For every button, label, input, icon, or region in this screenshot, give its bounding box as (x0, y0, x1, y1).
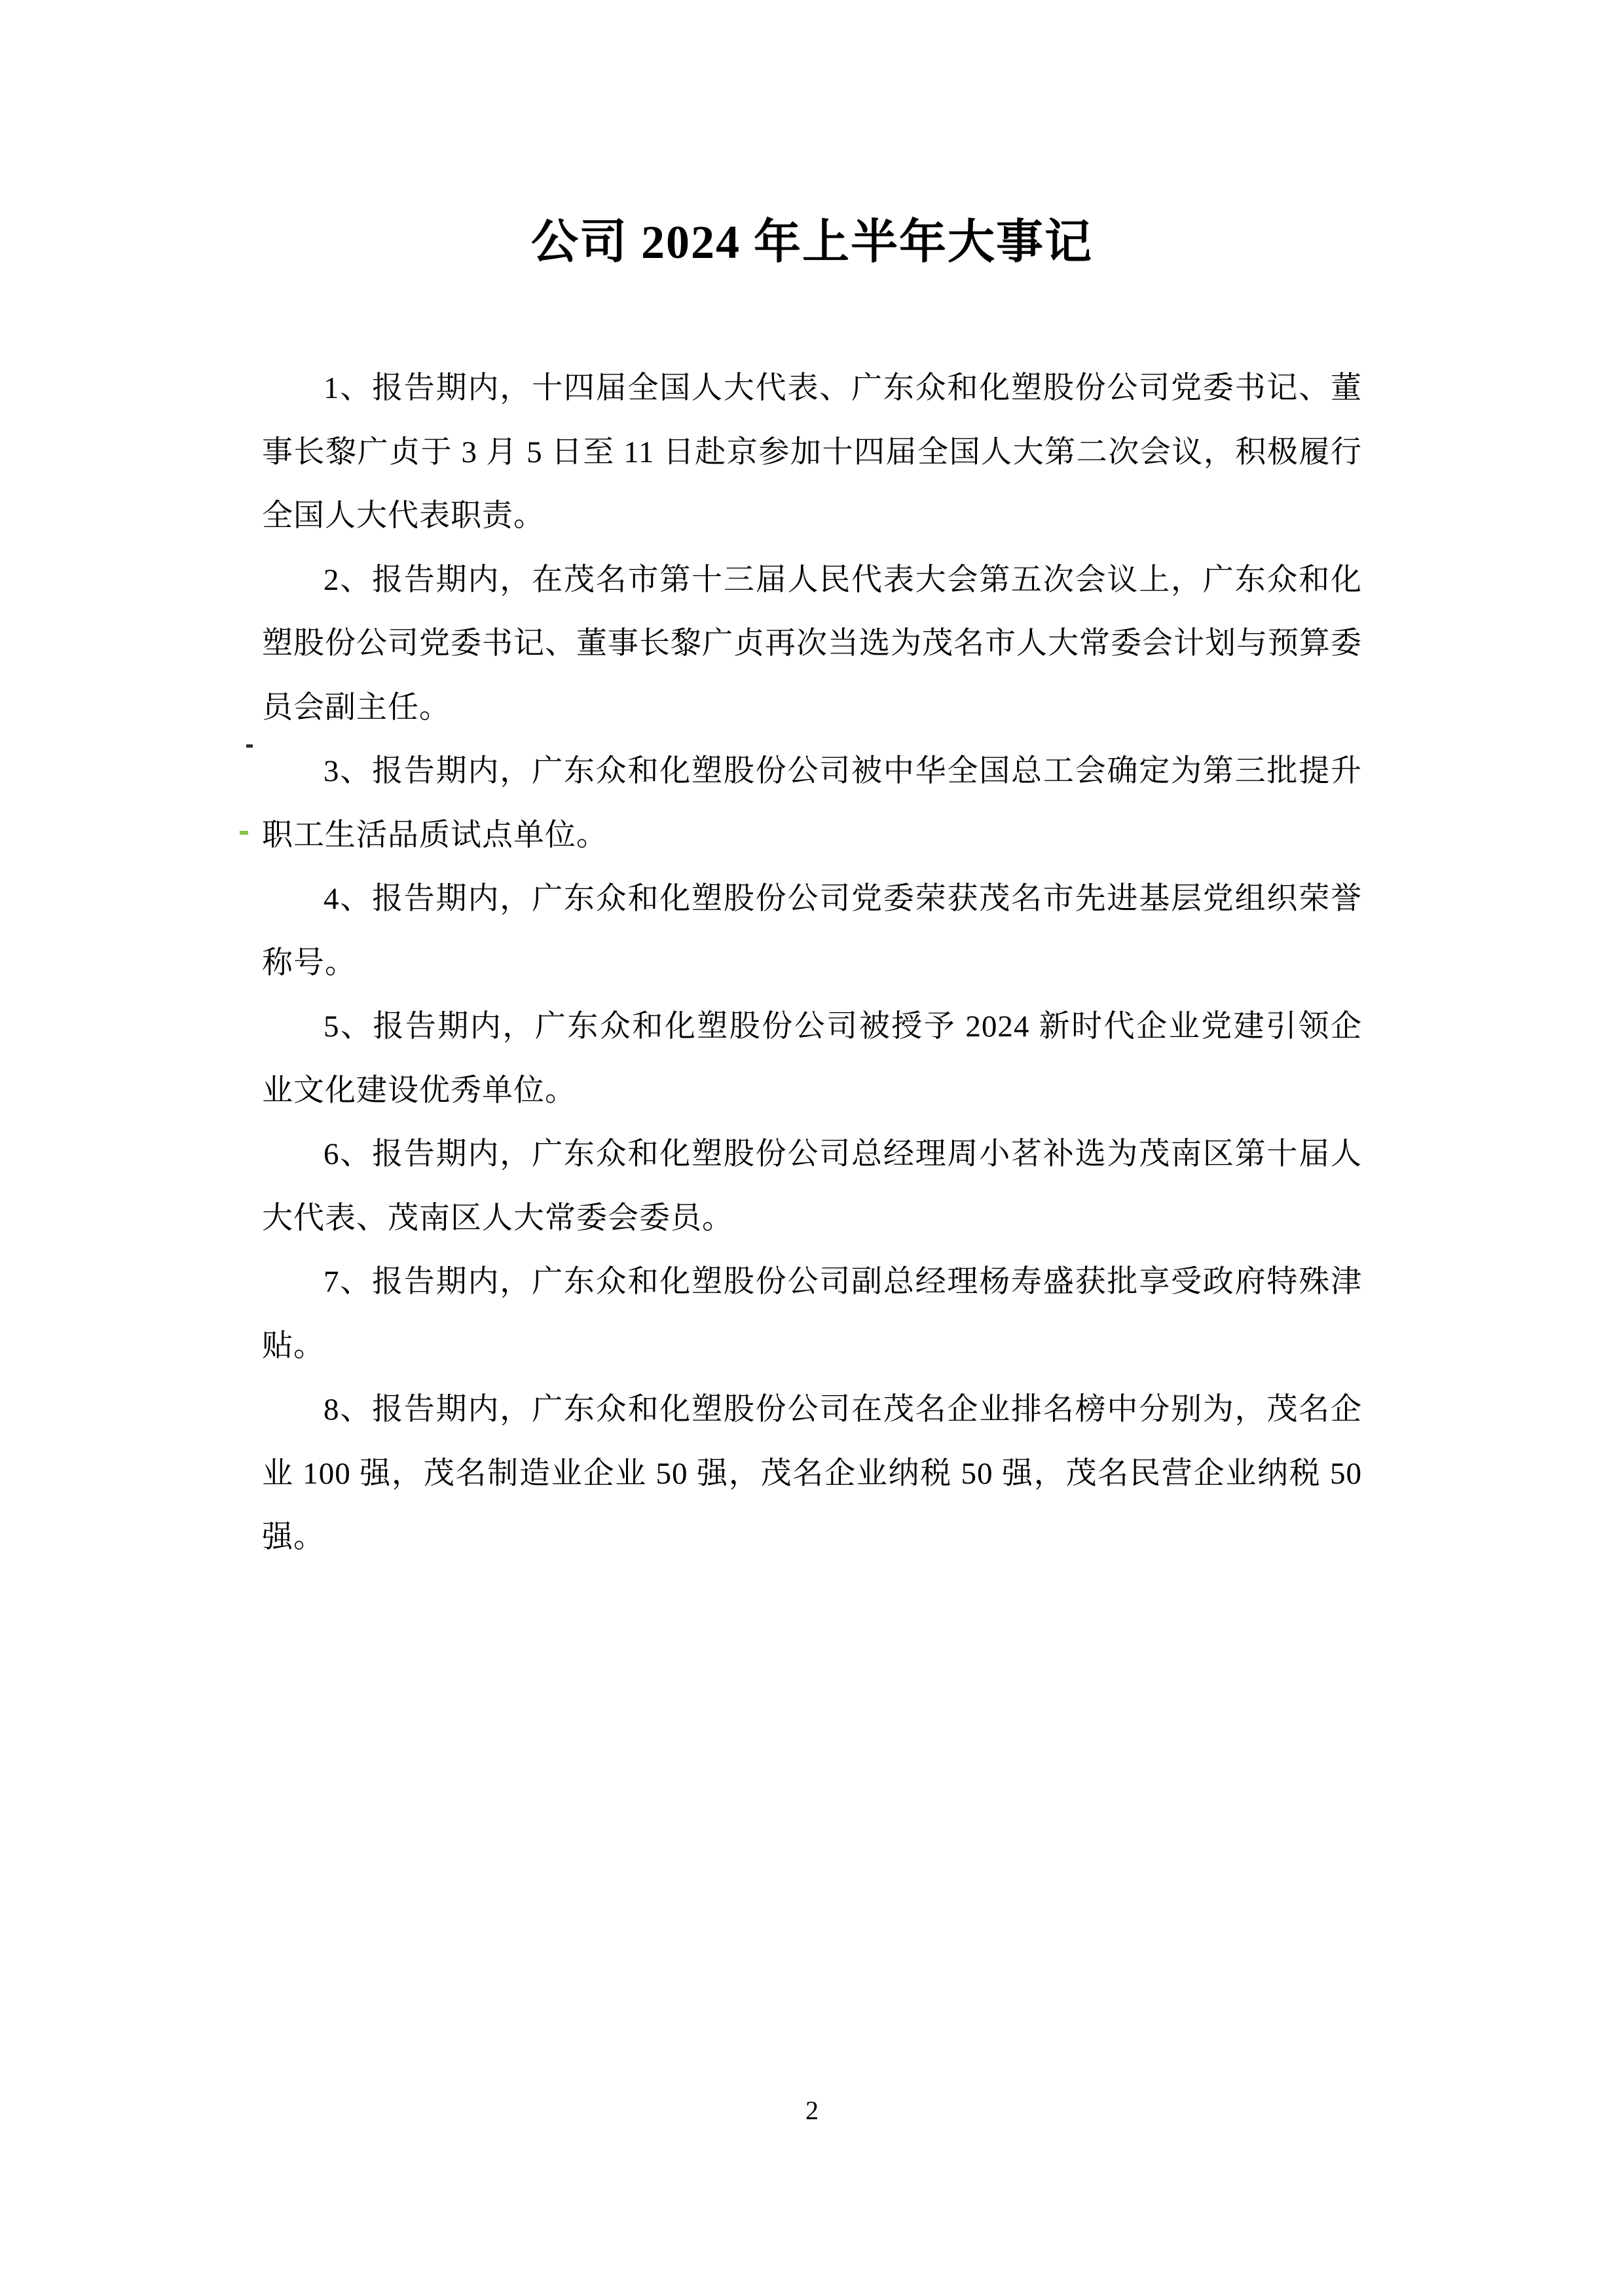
revision-mark-icon (246, 744, 253, 748)
body-paragraph-4: 4、报告期内，广东众和化塑股份公司党委荣获茂名市先进基层党组织荣誉称号。 (262, 867, 1362, 995)
body-paragraph-1: 1、报告期内，十四届全国人大代表、广东众和化塑股份公司党委书记、董事长黎广贞于 … (262, 357, 1362, 549)
spellcheck-mark-icon (240, 831, 248, 835)
body-paragraph-7: 7、报告期内，广东众和化塑股份公司副总经理杨寿盛获批享受政府特殊津贴。 (262, 1250, 1362, 1378)
document-page: 公司 2024 年上半年大事记 1、报告期内，十四届全国人大代表、广东众和化塑股… (0, 0, 1624, 2296)
document-title: 公司 2024 年上半年大事记 (0, 0, 1624, 268)
body-paragraph-6: 6、报告期内，广东众和化塑股份公司总经理周小茗补选为茂南区第十届人大代表、茂南区… (262, 1123, 1362, 1250)
page-number: 2 (0, 2095, 1624, 2126)
document-body: 1、报告期内，十四届全国人大代表、广东众和化塑股份公司党委书记、董事长黎广贞于 … (262, 357, 1362, 1570)
body-paragraph-2: 2、报告期内，在茂名市第十三届人民代表大会第五次会议上，广东众和化塑股份公司党委… (262, 549, 1362, 740)
body-paragraph-3: 3、报告期内，广东众和化塑股份公司被中华全国总工会确定为第三批提升职工生活品质试… (262, 740, 1362, 867)
body-paragraph-5: 5、报告期内，广东众和化塑股份公司被授予 2024 新时代企业党建引领企业文化建… (262, 995, 1362, 1123)
body-paragraph-8: 8、报告期内，广东众和化塑股份公司在茂名企业排名榜中分别为，茂名企业 100 强… (262, 1378, 1362, 1570)
